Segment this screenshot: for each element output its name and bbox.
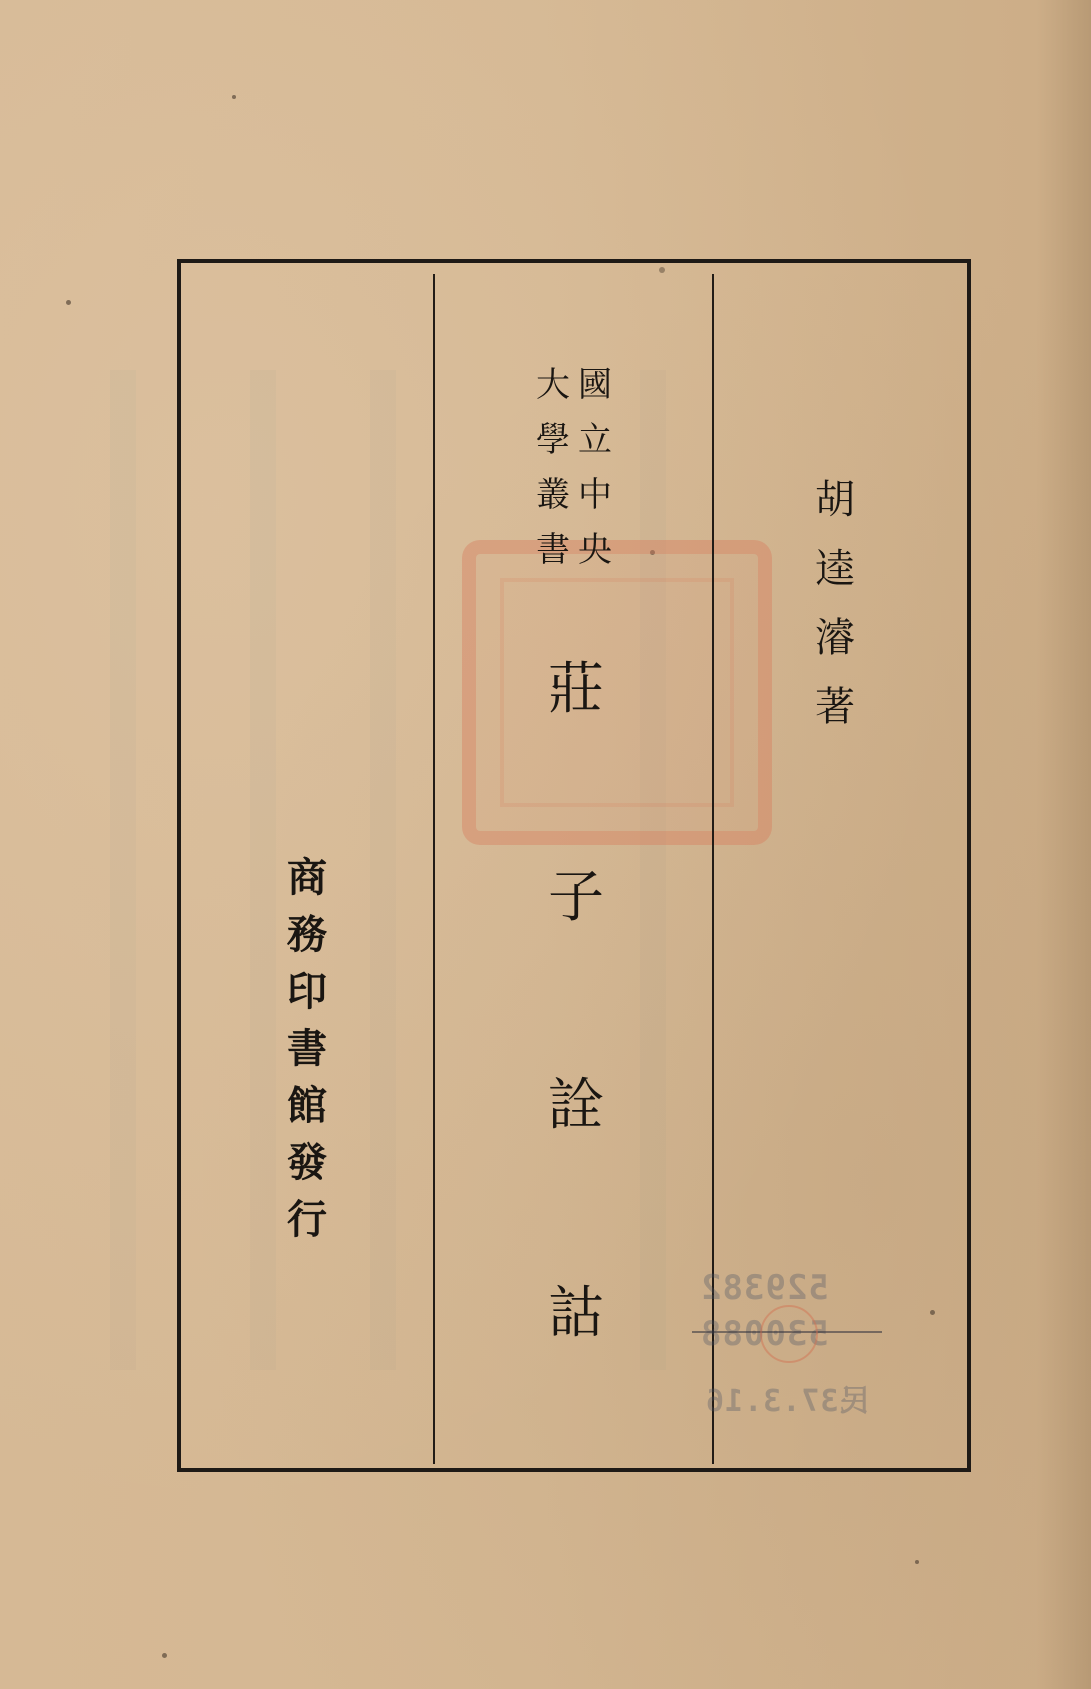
series-char: 學 [536,423,570,478]
publisher-char: 印 [287,972,327,1029]
series-char: 立 [578,423,612,478]
book-title: 莊 子 詮 詁 [548,662,604,1494]
red-circle-mark [760,1305,818,1363]
bleed-through-accession-number: 529382 [700,1268,829,1308]
publisher-char: 館 [287,1086,327,1143]
publisher-char: 商 [287,858,327,915]
paper-speck [232,95,236,99]
paper-speck [915,1560,919,1564]
author-char: 著 [815,687,855,756]
series-line-1: 國 立 中 央 [578,368,612,588]
series-char: 書 [536,533,570,588]
column-rule-left [433,274,435,1464]
series-char: 中 [578,478,612,533]
bleed-through-date: 民37.3.16 [705,1376,869,1420]
publisher-char: 務 [287,915,327,972]
bleed-through-column [110,370,136,1370]
title-char: 子 [548,870,604,1078]
series-char: 央 [578,533,612,588]
paper-speck [66,300,71,305]
series-char: 大 [536,368,570,423]
author-char: 逵 [815,549,855,618]
series-char: 叢 [536,478,570,533]
title-char: 詁 [548,1286,604,1494]
publisher-line: 商 務 印 書 館 發 行 [287,858,327,1257]
publisher-char: 行 [287,1200,327,1257]
author-char: 濬 [815,618,855,687]
title-char: 詮 [548,1078,604,1286]
publisher-char: 書 [287,1029,327,1086]
title-char: 莊 [548,662,604,870]
publisher-char: 發 [287,1143,327,1200]
author-char: 胡 [815,480,855,549]
paper-speck [162,1653,167,1658]
series-line-2: 大 學 叢 書 [536,368,570,588]
series-char: 國 [578,368,612,423]
author-line: 胡 逵 濬 著 [815,480,855,756]
